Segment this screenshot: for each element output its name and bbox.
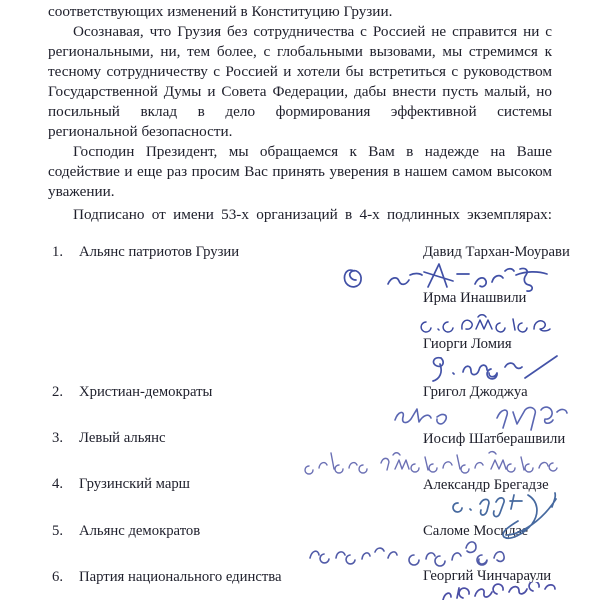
org-number: 5.	[52, 521, 79, 541]
org-number: 6.	[52, 567, 79, 587]
text-line-p2-1: Осознавая, что Грузия без сотрудничества…	[48, 22, 552, 42]
org-row-1: 1.Альянс патриотов Грузии	[52, 242, 239, 262]
document-page: мирного, нейтрального статуса Грузии, за…	[0, 0, 600, 600]
signature-chincharauli	[435, 582, 575, 600]
text-line-p3-2: содействие и еще раз просим Вас принять …	[48, 162, 552, 182]
signature-lomia	[425, 350, 565, 384]
text-line-p3-3: уважении.	[48, 182, 552, 202]
signer-name-4: Григол Джоджуа	[423, 382, 528, 402]
org-number: 3.	[52, 428, 79, 448]
org-name: Грузинский марш	[79, 476, 190, 492]
org-number: 1.	[52, 242, 79, 262]
signature-tarkhan-mouravi	[340, 261, 550, 297]
text-line-p2-6: региональной безопасности.	[48, 122, 552, 142]
signature-shatberashvili	[303, 447, 561, 477]
letter-body: мирного, нейтрального статуса Грузии, за…	[48, 0, 552, 225]
org-row-3: 3.Левый альянс	[52, 428, 166, 448]
text-line-p2-5: посильный вклад в дело формирования эффе…	[48, 102, 552, 122]
org-name: Альянс патриотов Грузии	[79, 244, 239, 260]
signed-statement-line: Подписано от имени 53-х организаций в 4-…	[48, 205, 552, 225]
org-row-2: 2.Христиан-демократы	[52, 382, 212, 402]
org-name: Партия национального единства	[79, 569, 282, 585]
signer-name-5: Иосиф Шатберашвили	[423, 429, 565, 449]
org-name: Левый альянс	[79, 430, 166, 446]
signer-name-1: Давид Тархан-Моурави	[423, 242, 570, 262]
text-line-p1-end: соответствующих изменений в Конституцию …	[48, 2, 552, 22]
signature-inashvili	[418, 308, 552, 334]
org-row-4: 4.Грузинский марш	[52, 474, 190, 494]
org-row-5: 5.Альянс демократов	[52, 521, 200, 541]
org-number: 2.	[52, 382, 79, 402]
signature-mosidze	[304, 536, 552, 570]
text-line-p2-3: тесному сотрудничеству с Россией и хотел…	[48, 62, 552, 82]
text-line-p2-4: Государственной Думы и Совета Федерации,…	[48, 82, 552, 102]
text-line-p3-1: Господин Президент, мы обращаемся к Вам …	[48, 142, 552, 162]
org-name: Альянс демократов	[79, 523, 200, 539]
org-row-6: 6.Партия национального единства	[52, 567, 282, 587]
org-name: Христиан-демократы	[79, 384, 212, 400]
text-line-p2-2: региональными, ни, тем более, с глобальн…	[48, 42, 552, 62]
org-number: 4.	[52, 474, 79, 494]
signature-jojua	[385, 400, 570, 432]
